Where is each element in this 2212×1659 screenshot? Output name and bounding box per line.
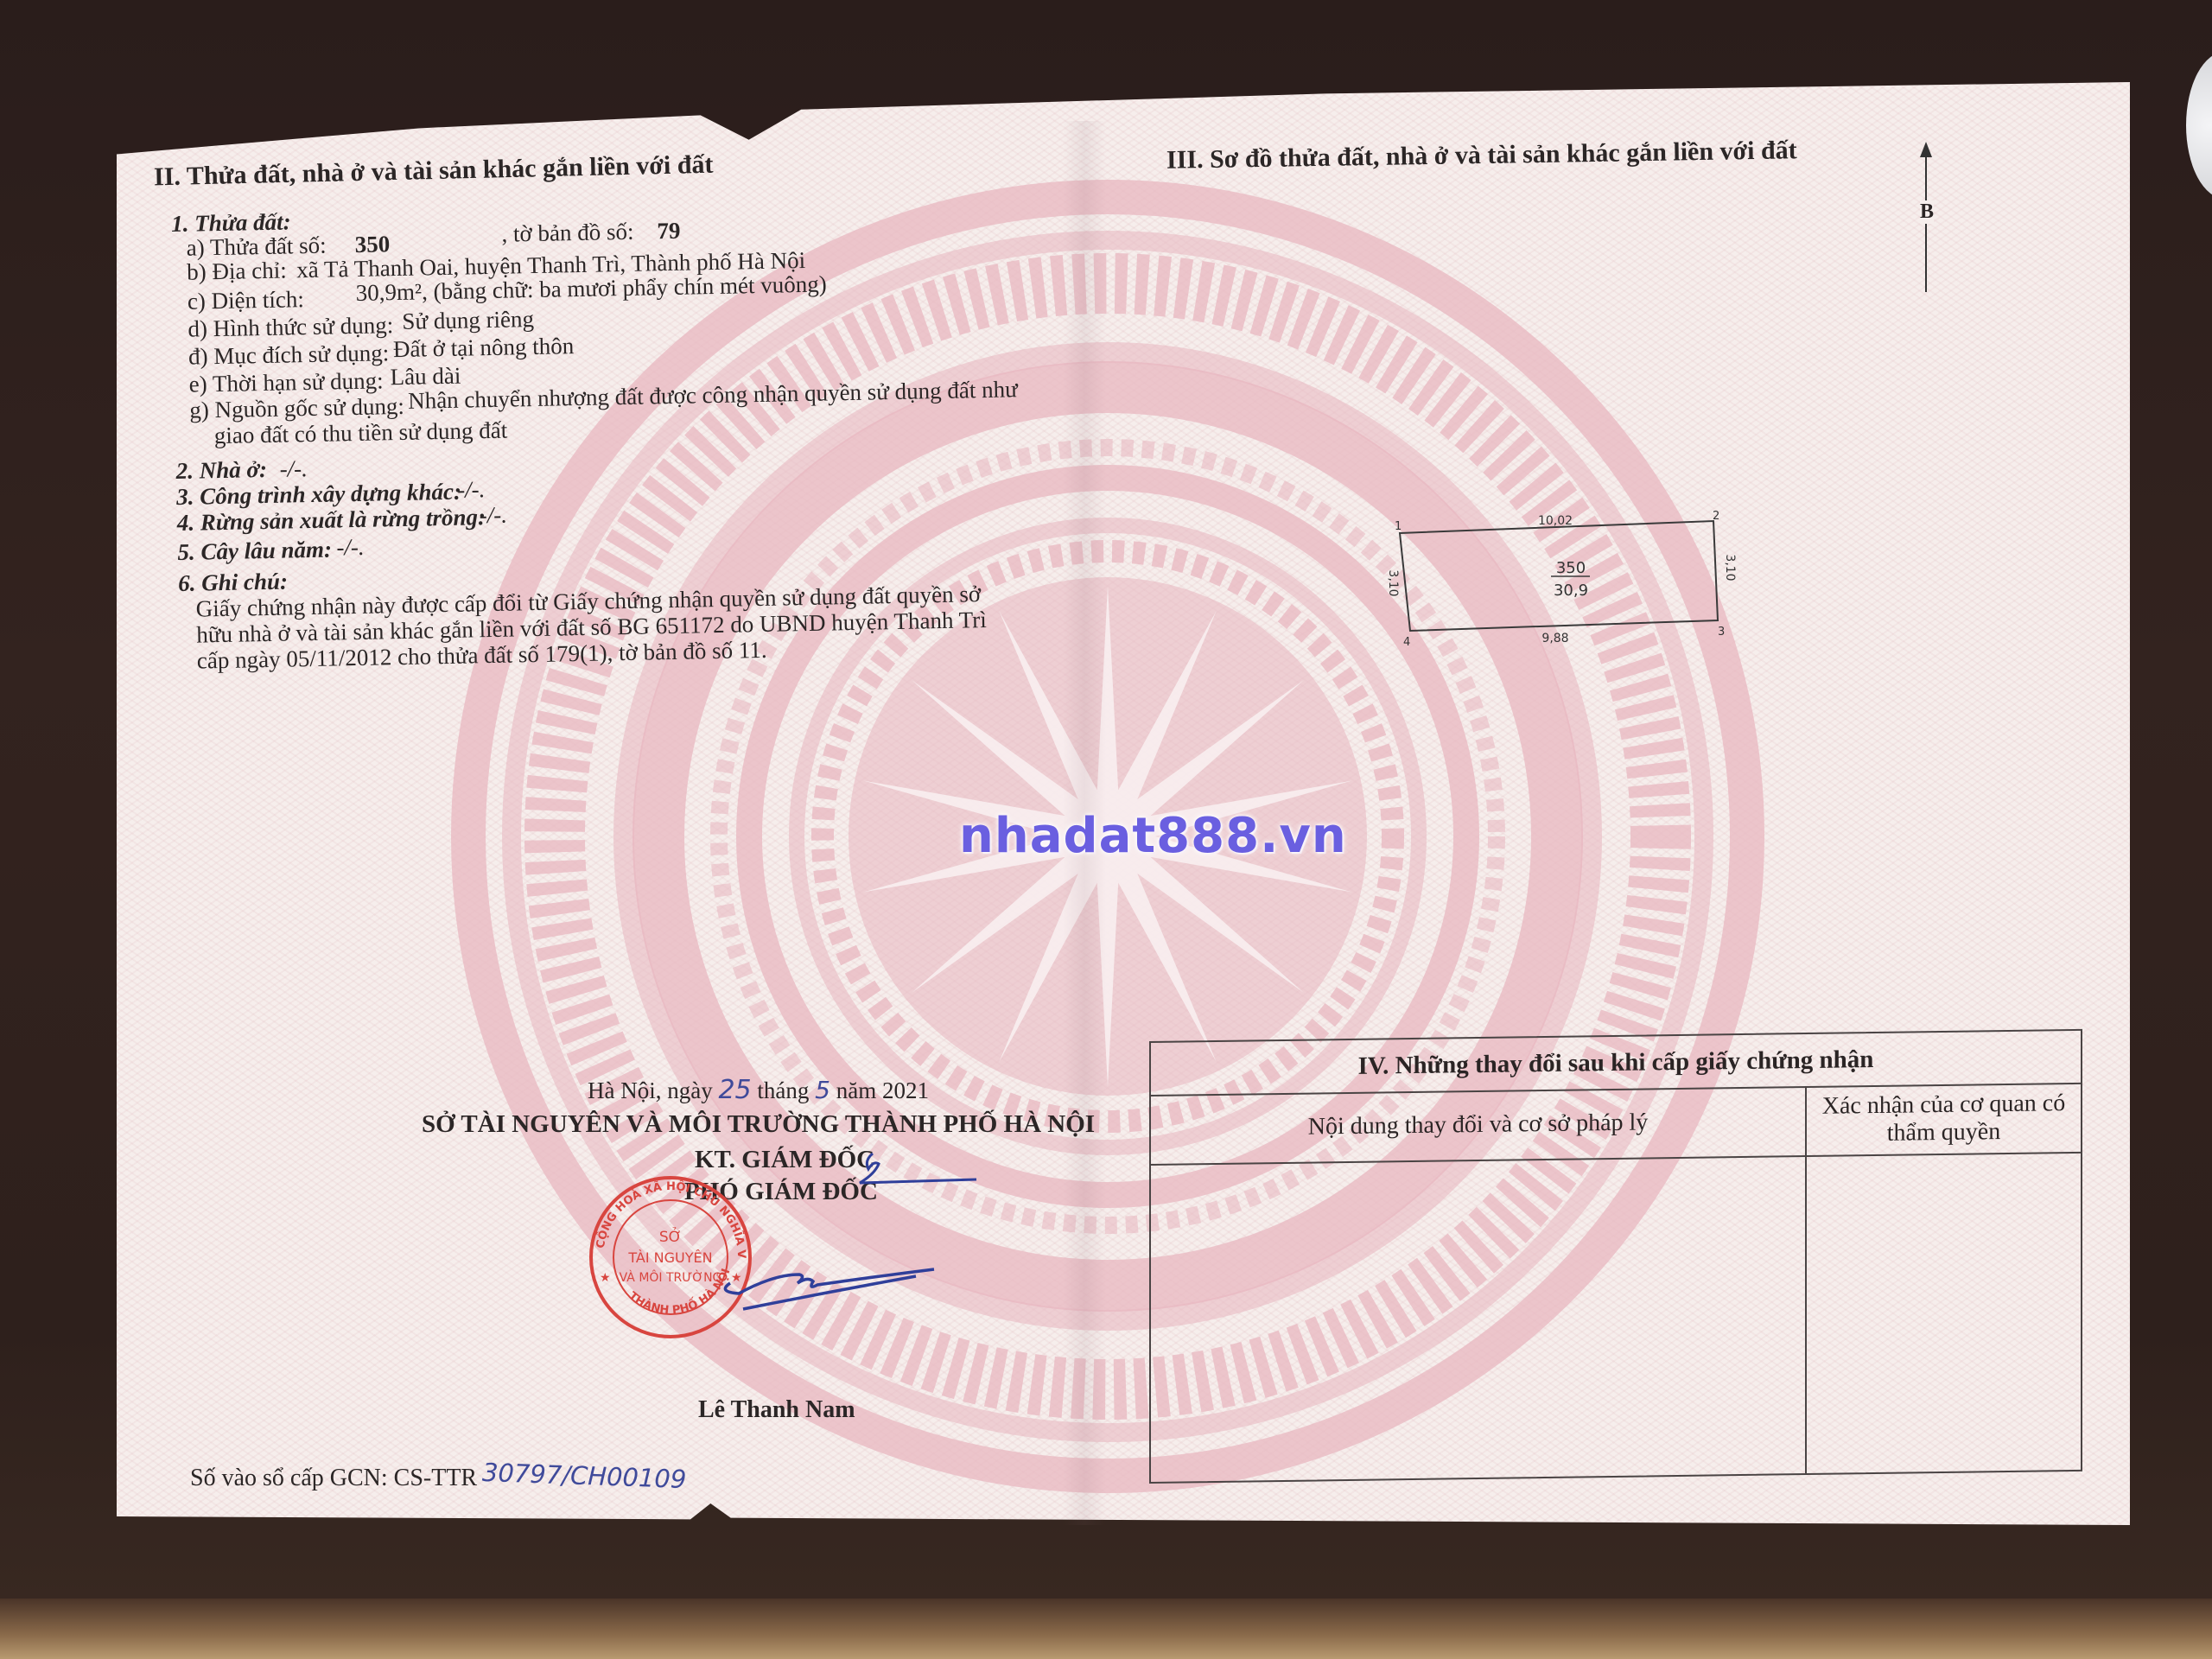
place-date-prefix: Hà Nội, ngày — [588, 1077, 713, 1103]
svg-text:VÀ MÔI TRƯỜNG: VÀ MÔI TRƯỜNG — [620, 1269, 722, 1285]
svg-text:10,02: 10,02 — [1538, 514, 1573, 528]
registry-label: Số vào sổ cấp GCN: CS-TTR — [190, 1466, 477, 1491]
map-sheet-value: 79 — [657, 219, 681, 244]
house-value: -/-. — [279, 457, 308, 481]
issue-day: 25 — [718, 1075, 751, 1105]
usage-term-value: Lâu dài — [390, 365, 461, 390]
col-change-content-header: Nội dung thay đổi và cơ sở pháp lý — [1151, 1086, 1805, 1164]
svg-text:3,10: 3,10 — [1386, 569, 1400, 596]
col-authority-confirmation-header: Xác nhận của cơ quan có thẩm quyền — [1805, 1083, 2081, 1155]
notes-label: 6. Ghi chú: — [178, 570, 288, 595]
usage-form-label: d) Hình thức sử dụng: — [188, 314, 393, 341]
svg-text:30,9: 30,9 — [1554, 582, 1588, 600]
changes-table-divider — [1805, 1155, 1807, 1473]
svg-text:4: 4 — [1403, 636, 1410, 649]
production-forest-label: 4. Rừng sản xuất là rừng trồng: — [177, 505, 486, 535]
usage-origin-value-line1: Nhận chuyển nhượng đất được công nhận qu… — [408, 378, 1018, 413]
parcel-number-value: 350 — [354, 232, 390, 257]
usage-purpose-value: Đất ở tại nông thôn — [393, 334, 575, 361]
year-label: năm 2021 — [836, 1077, 929, 1103]
north-label: B — [1920, 200, 1934, 224]
svg-text:3,10: 3,10 — [1723, 554, 1737, 581]
other-construction-value: -/-. — [457, 478, 486, 502]
svg-text:350: 350 — [1556, 559, 1586, 577]
usage-form-value: Sử dụng riêng — [402, 308, 534, 334]
month-label: tháng — [757, 1077, 809, 1103]
signer-name: Lê Thanh Nam — [698, 1398, 855, 1422]
parcel-diagram: 350 30,9 10,02 9,88 3,10 3,10 1 2 3 4 — [1374, 497, 1754, 652]
usage-origin-label: g) Nguồn gốc sử dụng: — [189, 395, 404, 423]
address-label: b) Địa chỉ: — [187, 258, 287, 283]
certificate-content: II. Thửa đất, nhà ở và tài sản khác gắn … — [0, 0, 2212, 1659]
usage-term-label: e) Thời hạn sử dụng: — [188, 369, 383, 396]
house-label: 2. Nhà ở: — [175, 458, 267, 483]
perennial-trees-label: 5. Cây lâu năm: — [177, 538, 332, 564]
area-label: c) Diện tích: — [188, 288, 304, 314]
svg-text:3: 3 — [1718, 626, 1725, 639]
issue-month: 5 — [815, 1076, 830, 1104]
parcel-heading: 1. Thửa đất: — [171, 210, 291, 236]
svg-text:1: 1 — [1395, 520, 1402, 533]
production-forest-value: -/-. — [479, 504, 507, 528]
site-watermark: nhadat888.vn — [959, 808, 1347, 864]
svg-text:★: ★ — [600, 1272, 611, 1285]
changes-table: IV. Những thay đổi sau khi cấp giấy chứn… — [1149, 1029, 2082, 1484]
svg-text:9,88: 9,88 — [1541, 632, 1568, 645]
issue-date-line: Hà Nội, ngày 25 tháng 5 năm 2021 — [588, 1077, 929, 1103]
issuing-agency: SỞ TÀI NGUYÊN VÀ MÔI TRƯỜNG THÀNH PHỐ HÀ… — [422, 1112, 1095, 1137]
registry-number: 30797/CH00109 — [482, 1460, 687, 1492]
changes-table-header: Nội dung thay đổi và cơ sở pháp lý Xác n… — [1151, 1083, 2081, 1166]
handwritten-signature — [709, 1145, 994, 1344]
svg-text:SỞ: SỞ — [659, 1226, 682, 1246]
usage-purpose-label: đ) Mục đích sử dụng: — [188, 341, 390, 368]
perennial-trees-value: -/-. — [336, 536, 365, 560]
svg-text:TÀI NGUYÊN: TÀI NGUYÊN — [627, 1249, 712, 1266]
svg-text:2: 2 — [1713, 510, 1719, 523]
usage-origin-value-line2: giao đất có thu tiền sử dụng đất — [214, 419, 508, 448]
map-sheet-label: , tờ bản đồ số: — [501, 220, 634, 246]
